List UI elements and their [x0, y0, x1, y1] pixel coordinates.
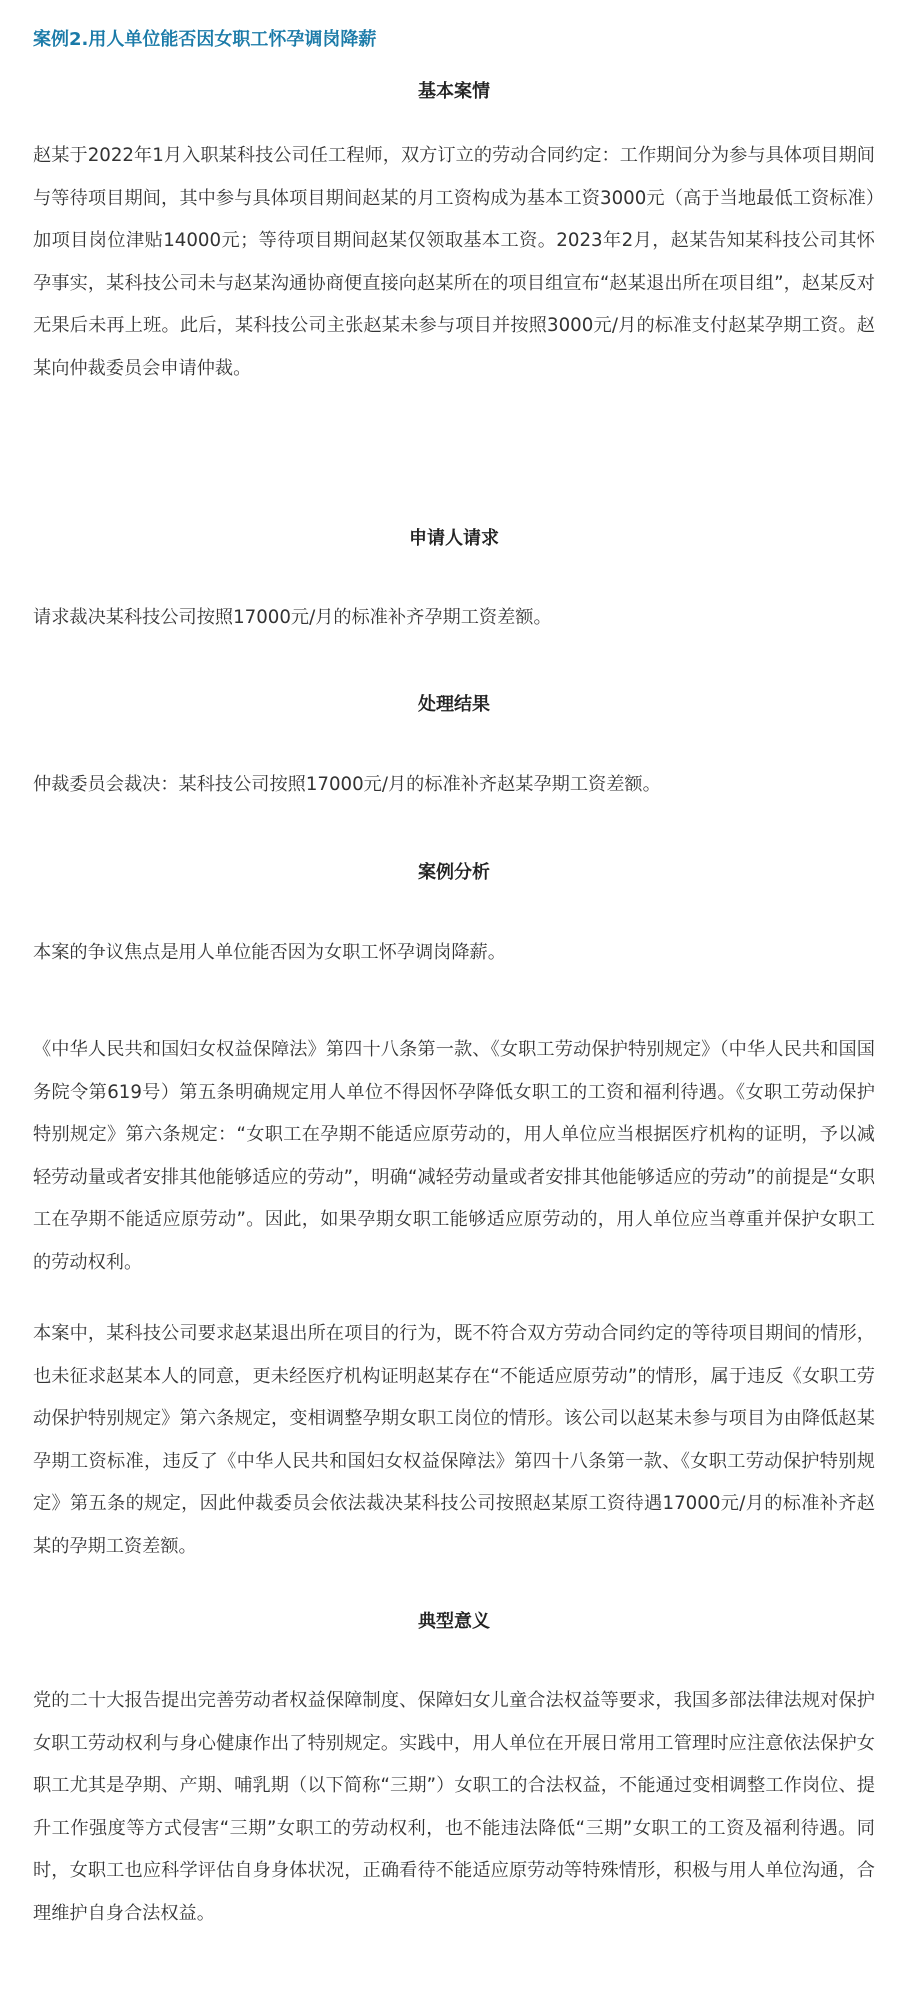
section-heading-basic-facts: 基本案情: [0, 79, 908, 105]
paragraph-analysis-focus: 本案的争议焦点是用人单位能否因为女职工怀孕调岗降薪。: [33, 932, 875, 975]
section-heading-result: 处理结果: [0, 692, 908, 718]
section-heading-significance: 典型意义: [0, 1609, 908, 1635]
paragraph-analysis-law: 《中华人民共和国妇女权益保障法》第四十八条第一款、《女职工劳动保护特别规定》（中…: [33, 1029, 875, 1284]
case-title: 案例2.用人单位能否因女职工怀孕调岗降薪: [33, 27, 376, 53]
section-heading-case-analysis: 案例分析: [0, 860, 908, 886]
section-heading-applicant-request: 申请人请求: [0, 526, 908, 552]
paragraph-significance: 党的二十大报告提出完善劳动者权益保障制度、保障妇女儿童合法权益等要求，我国多部法…: [33, 1680, 875, 1935]
paragraph-applicant-request: 请求裁决某科技公司按照17000元/月的标准补齐孕期工资差额。: [33, 597, 875, 640]
paragraph-basic-facts: 赵某于2022年1月入职某科技公司任工程师，双方订立的劳动合同约定：工作期间分为…: [33, 135, 875, 390]
paragraph-analysis-case: 本案中，某科技公司要求赵某退出所在项目的行为，既不符合双方劳动合同约定的等待项目…: [33, 1313, 875, 1568]
paragraph-result: 仲裁委员会裁决：某科技公司按照17000元/月的标准补齐赵某孕期工资差额。: [33, 764, 875, 807]
